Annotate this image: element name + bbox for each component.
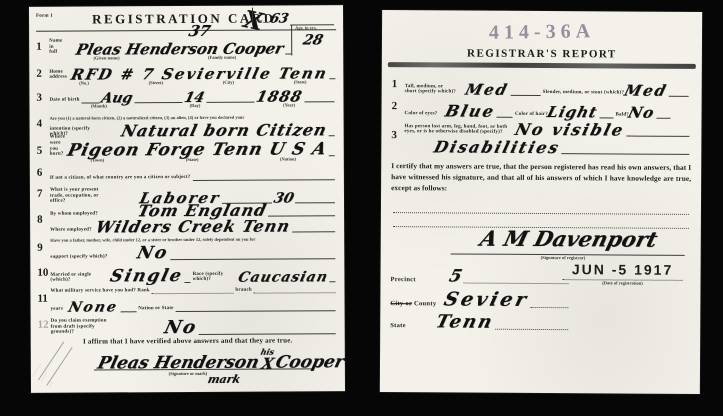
disability-value-line1: No visible bbox=[513, 120, 627, 140]
exemption-value: No bbox=[162, 317, 200, 338]
birthplace-value: Pigeon Forge Tenn U S A bbox=[65, 139, 329, 160]
age-label: Age, in yrs. bbox=[295, 26, 343, 31]
row-number: 12 bbox=[38, 318, 51, 330]
row-birthplace: 5 Where wereyou born? Pigeon Forge Tenn … bbox=[37, 136, 337, 163]
row-marital-race: 10 Married or single (which)? Single Rac… bbox=[37, 259, 337, 284]
signature-part1: Pleas Henderson bbox=[95, 353, 261, 374]
registrar-signature-area: A M Davenport (Signature of registrar) bbox=[391, 229, 691, 265]
row-number: 2 bbox=[36, 67, 49, 79]
name-value: Pleas Henderson Cooper bbox=[74, 39, 285, 58]
registrar-signature: A M Davenport bbox=[478, 226, 661, 252]
race-label: Race (specify which)? bbox=[193, 271, 238, 283]
city-county-value: Sevier bbox=[442, 289, 532, 311]
row-employer: 8 By whom employed? Tom England Where em… bbox=[37, 203, 337, 234]
row-number: 5 bbox=[37, 144, 50, 156]
date-stamp-block: JUN -5 1917 (Date of registration) bbox=[562, 261, 682, 287]
row-disabilities: 3 Has person lost arm, leg, hand, foot, … bbox=[391, 117, 691, 155]
disability-label: Has person lost arm, leg, hand, foot, or… bbox=[404, 124, 507, 136]
age-box: Age, in yrs. 28 bbox=[291, 25, 343, 55]
state-value: Tenn bbox=[433, 311, 495, 332]
birthplace-label: Where wereyou born? bbox=[50, 135, 68, 158]
row-number: 11 bbox=[37, 292, 50, 304]
row-number: 8 bbox=[37, 213, 50, 225]
row-home-address: 2 Home address RFD # 7 Sevierville Tenn … bbox=[36, 59, 336, 86]
row-military-service: 11 What military service have you had? R… bbox=[37, 282, 337, 313]
employer-label: By whom employed? bbox=[50, 212, 98, 218]
card-number-label: No. bbox=[256, 20, 264, 26]
row-number: 1 bbox=[36, 40, 49, 52]
signature-mark-word: mark bbox=[206, 373, 241, 386]
row-foreign-citizen: 6 If not a citizen, of what country are … bbox=[37, 161, 337, 182]
row-number: 3 bbox=[391, 129, 404, 141]
card-number-box: No. 63 bbox=[252, 7, 336, 25]
address-value: RFD # 7 Sevierville Tenn bbox=[69, 64, 330, 83]
dob-year: 1888 bbox=[255, 87, 305, 105]
state-row: State Tenn bbox=[390, 307, 570, 330]
row-number: 9 bbox=[37, 241, 50, 253]
row-number: 4 bbox=[37, 117, 50, 129]
precinct-row: Precinct 5 bbox=[391, 263, 571, 284]
card-number-value: 63 bbox=[268, 11, 290, 26]
serial-number-handwritten: 37 bbox=[187, 22, 212, 40]
registrars-report-title: REGISTRAR'S REPORT bbox=[392, 47, 692, 61]
row-build: 1 Tall, medium, orshort (specify which)?… bbox=[392, 73, 692, 97]
military-branch-label: branch bbox=[235, 288, 252, 294]
name-label: Name in full bbox=[49, 38, 62, 55]
row-number: 7 bbox=[37, 187, 50, 199]
registration-card: Form 1 REGISTRATION CARD X No. 63 37 Age… bbox=[29, 5, 345, 393]
row-dependents: 9 Have you a father, mother, wife, child… bbox=[37, 232, 337, 261]
form-number-label: Form 1 bbox=[36, 14, 53, 20]
dob-label: Date of birth bbox=[49, 98, 79, 104]
precinct-label: Precinct bbox=[391, 276, 416, 283]
row-date-of-birth: 3 Date of birth Aug 14 1888 (Month)(Day)… bbox=[36, 84, 336, 109]
military-label: What military service have you had? Rank bbox=[50, 288, 149, 294]
date-stamp-caption: (Date of registration) bbox=[562, 281, 682, 287]
blank-dotted-line bbox=[391, 201, 691, 215]
marital-label: Married or single (which)? bbox=[50, 272, 106, 284]
certification-text: I certify that my answers are true, that… bbox=[391, 161, 691, 196]
exemption-label: Do you claim exemptionfrom draft (specif… bbox=[51, 318, 115, 336]
signature-part2: Cooper bbox=[274, 352, 347, 372]
state-label: State bbox=[390, 322, 406, 329]
row-number: 3 bbox=[36, 91, 49, 103]
row-number: 1 bbox=[392, 78, 405, 90]
row-number: 2 bbox=[392, 100, 405, 112]
city-county-row: City or County Sevier bbox=[390, 283, 570, 308]
scan-artifact-bar bbox=[388, 62, 696, 69]
city-county-label: City or County bbox=[390, 300, 436, 307]
address-label: Home address bbox=[49, 69, 67, 81]
disability-value-line2: Disabilities bbox=[432, 137, 562, 157]
dob-month: Aug bbox=[100, 90, 135, 106]
file-number-stamp: 414-36A bbox=[392, 19, 692, 46]
height-label: Tall, medium, orshort (specify which)? bbox=[405, 84, 456, 96]
row-number: 10 bbox=[37, 266, 50, 278]
row-exemption: 12 Do you claim exemptionfrom draft (spe… bbox=[38, 311, 338, 336]
age-value: 28 bbox=[301, 32, 324, 48]
registrars-report-card: 414-36A REGISTRAR'S REPORT 1 Tall, mediu… bbox=[380, 10, 702, 394]
row-eyes-hair: 2 Color of eyes? Blue Color of hair? Lig… bbox=[392, 95, 692, 119]
row-number: 6 bbox=[37, 166, 50, 178]
registration-date-stamp: JUN -5 1917 bbox=[563, 261, 683, 278]
